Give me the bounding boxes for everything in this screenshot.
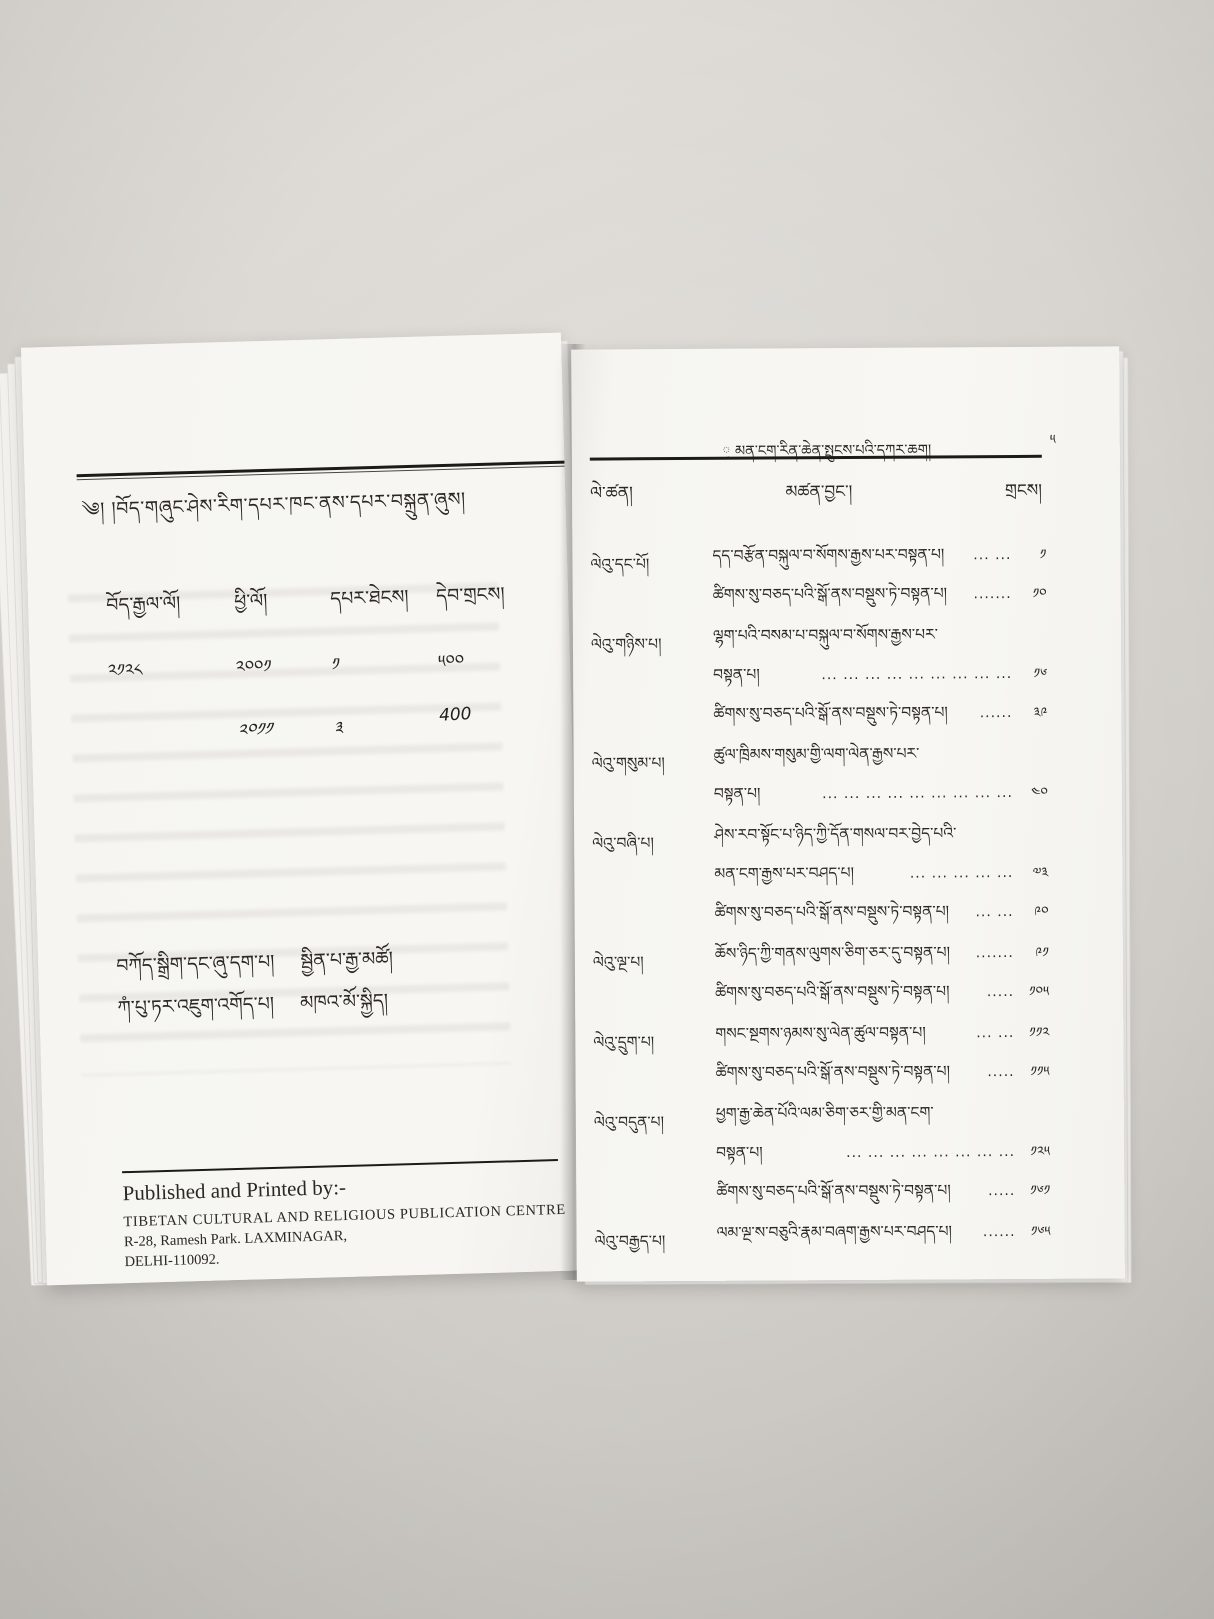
page-number: ༥: [1050, 425, 1056, 462]
toc-page-number: ༡༠༥: [1019, 973, 1049, 1012]
cell-tibetan-year: [108, 700, 239, 764]
toc-line-text: ཚིགས་སུ་བཅད་པའི་སྒོ་ནས་བསྡུས་ཏེ་བསྟན་པ།: [715, 972, 950, 1012]
col-header-copies: དེབ་གྲངས།: [435, 571, 536, 628]
dot-leader: ... ... ... ... ... ... ... ... ...: [814, 774, 1018, 814]
dot-leader: ... ...: [968, 1014, 1019, 1053]
col-title: མཚན་བྱང་།: [785, 472, 852, 520]
toc-page-number: ༡: [1016, 536, 1046, 575]
dot-leader: ......: [972, 694, 1018, 733]
dot-leader: ... ... ... ... ... ... ... ... ...: [813, 655, 1017, 695]
toc-line: ཚུལ་ཁྲིམས་གསུམ་གྱི་ལག་ལེན་རྒྱས་པར་: [714, 734, 1048, 775]
toc-page-number: ༡༡༢: [1019, 1014, 1049, 1053]
toc-line-text: ཚིགས་སུ་བཅད་པའི་སྒོ་ནས་བསྡུས་ཏེ་བསྟན་པ།: [714, 892, 949, 932]
toc-entry: ལེའུ་གསུམ་པ། ཚུལ་ཁྲིམས་གསུམ་གྱི་ལག་ལེན་ར…: [592, 734, 1048, 815]
dot-leader: ......: [975, 1213, 1021, 1252]
toc-entry-lines: དད་བརྩོན་བསྐུལ་བ་སོགས་རྒྱས་པར་བསྟན་པ། ..…: [712, 535, 1046, 615]
credit-role: ཀཾ་པུ་ཏར་འཇུག་འགོད་པ།: [117, 983, 275, 1029]
toc-line: གསང་སྔགས་ཉམས་སུ་ལེན་ཚུལ་བསྟན་པ། ... ... …: [715, 1013, 1049, 1054]
dot-leader: ... ... ... ... ... ... ... ...: [838, 1133, 1020, 1173]
col-page: གྲངས།: [1005, 471, 1042, 519]
toc-chapter-label: ལེའུ་བདུན་པ།: [594, 1095, 711, 1213]
cell-copies: 400: [438, 692, 541, 754]
toc-line: ཕྱག་རྒྱ་ཆེན་པོའི་ལམ་ཅིག་ཅར་གྱི་མན་ངག་: [716, 1093, 1050, 1134]
toc-line: ལྷག་པའི་བསམ་པ་བསྐུལ་བ་སོགས་རྒྱས་པར་: [713, 615, 1047, 656]
photo-of-open-book: { "left_page": { "title": "༄། །བོད་གཞུང་…: [0, 0, 1214, 1619]
open-book: ༄། །བོད་གཞུང་ཤེས་རིག་དཔར་ཁང་ནས་དཔར་བསྐྲུ…: [8, 318, 1138, 1328]
toc-entry-lines: ཕྱག་རྒྱ་ཆེན་པོའི་ལམ་ཅིག་ཅར་གྱི་མན་ངག་ བས…: [716, 1093, 1051, 1212]
toc-entry-lines: ཚུལ་ཁྲིམས་གསུམ་གྱི་ལག་ལེན་རྒྱས་པར་ བསྟན་…: [714, 734, 1048, 814]
printer-title: ༄། །བོད་གཞུང་ཤེས་རིག་དཔར་ཁང་ནས་དཔར་བསྐྲུ…: [81, 475, 552, 542]
toc-line: དད་བརྩོན་བསྐུལ་བ་སོགས་རྒྱས་པར་བསྟན་པ། ..…: [712, 535, 1046, 576]
toc-line: ཤེས་རབ་སྟོང་པ་ཉིད་ཀྱི་དོན་གསལ་བར་བྱེད་པའ…: [714, 814, 1048, 855]
toc-line: ཚིགས་སུ་བཅད་པའི་སྒོ་ནས་བསྡུས་ཏེ་བསྟན་པ། …: [713, 574, 1047, 615]
toc-chapter-label: ལེའུ་ལྔ་པ།: [593, 935, 709, 1014]
toc-line: བསྟན་པ། ... ... ... ... ... ... ... ... …: [714, 773, 1048, 814]
toc-page-number: ༡༠: [1017, 575, 1047, 614]
toc-entry: ལེའུ་དྲུག་པ། གསང་སྔགས་ཉམས་སུ་ལེན་ཚུལ་བསྟ…: [593, 1013, 1049, 1094]
dot-leader: ... ...: [965, 536, 1016, 575]
table-of-contents: ལེའུ་དང་པོ། དད་བརྩོན་བསྐུལ་བ་སོགས་རྒྱས་པ…: [590, 535, 1050, 1270]
cell-western-year: ༢༠༠༡: [235, 637, 333, 696]
toc-line-text: ལྷག་པའི་བསམ་པ་བསྐུལ་བ་སོགས་རྒྱས་པར་: [713, 615, 938, 655]
toc-line-text: ཚིགས་སུ་བཅད་པའི་སྒོ་ནས་བསྡུས་ཏེ་བསྟན་པ།: [713, 693, 948, 733]
publisher-lead: Published and Printed by:-: [122, 1169, 573, 1207]
toc-chapter-label: ལེའུ་བཞི་པ།: [592, 816, 709, 934]
toc-page-number: ༡༢༥: [1020, 1133, 1050, 1172]
toc-page-number: ༤༠: [1018, 774, 1048, 813]
toc-entry: ལེའུ་ལྔ་པ། ཆོས་ཉིད་ཀྱི་གནས་ལུགས་ཅིག་ཅར་ད…: [593, 933, 1049, 1014]
toc-line: མན་ངག་རྒྱས་པར་བཤད་པ། ... ... ... ... ...…: [714, 853, 1048, 894]
print-history-table: བོད་རྒྱལ་ལོ། ཕྱི་ལོ། དཔར་ཐེངས། དེབ་གྲངས།…: [106, 571, 541, 761]
credit-name: སྦྱིན་པ་རྒྱ་མཚོ།: [300, 938, 394, 983]
right-page: ༷ མན་ངག་རིན་ཆེན་སྤུངས་པའི་དཀར་ཆག། ༥ ལེ་ཚ…: [571, 346, 1125, 1281]
credits-block: བཀོད་སྒྲིག་དང་ཞུ་དག་པ། སྦྱིན་པ་རྒྱ་མཚོ། …: [116, 933, 548, 1029]
toc-entry-lines: ལམ་ལྔ་ས་བཅུའི་རྣམ་བཞག་རྒྱས་པར་བཤད་པ། ...…: [716, 1212, 1050, 1267]
toc-entry: ལེའུ་བདུན་པ། ཕྱག་རྒྱ་ཆེན་པོའི་ལམ་ཅིག་ཅར་…: [594, 1093, 1051, 1213]
toc-page-number: ༧༣: [1018, 854, 1048, 893]
toc-entry: ལེའུ་གཉིས་པ། ལྷག་པའི་བསམ་པ་བསྐུལ་བ་སོགས་…: [591, 615, 1048, 735]
credit-role: བཀོད་སྒྲིག་དང་ཞུ་དག་པ།: [116, 941, 275, 987]
toc-entry-lines: གསང་སྔགས་ཉམས་སུ་ལེན་ཚུལ་བསྟན་པ། ... ... …: [715, 1013, 1049, 1093]
dot-leader: .......: [968, 934, 1019, 973]
toc-line: བསྟན་པ། ... ... ... ... ... ... ... ... …: [713, 654, 1047, 695]
cell-western-year: ༢༠༡༡: [236, 698, 335, 760]
toc-line-text: ཚིགས་སུ་བཅད་པའི་སྒོ་ནས་བསྡུས་ཏེ་བསྟན་པ།: [715, 1052, 950, 1092]
title-rule: [77, 461, 565, 478]
toc-page-number: ༡༦༥: [1020, 1213, 1050, 1252]
toc-line-text: དད་བརྩོན་བསྐུལ་བ་སོགས་རྒྱས་པར་བསྟན་པ།: [712, 535, 944, 575]
toc-line-text: ཆོས་ཉིད་ཀྱི་གནས་ལུགས་ཅིག་ཅར་དུ་བསྟན་པ།: [715, 933, 950, 973]
dot-leader: ... ...: [967, 893, 1018, 932]
publisher-block: Published and Printed by:- TIBETAN CULTU…: [122, 1169, 574, 1272]
toc-entry: ལེའུ་བརྒྱད་པ། ལམ་ལྔ་ས་བཅུའི་རྣམ་བཞག་རྒྱས…: [594, 1212, 1050, 1268]
toc-line-text: བསྟན་པ།: [714, 775, 761, 814]
toc-line: ཆོས་ཉིད་ཀྱི་གནས་ལུགས་ཅིག་ཅར་དུ་བསྟན་པ། .…: [715, 933, 1049, 974]
toc-line-text: ཚིགས་སུ་བཅད་པའི་སྒོ་ནས་བསྡུས་ཏེ་བསྟན་པ།: [716, 1171, 951, 1211]
toc-page-number: ༡༦: [1017, 655, 1047, 694]
toc-page-number: ༣༩: [1017, 694, 1047, 733]
cell-copies: ༥༠༠: [437, 631, 539, 690]
cell-tibetan-year: ༢༡༢༨: [107, 640, 237, 700]
toc-entry-lines: ཤེས་རབ་སྟོང་པ་ཉིད་ཀྱི་དོན་གསལ་བར་བྱེད་པའ…: [714, 814, 1049, 933]
left-page: ༄། །བོད་གཞུང་ཤེས་རིག་དཔར་ཁང་ནས་དཔར་བསྐྲུ…: [21, 333, 587, 1286]
toc-line-text: ཚུལ་ཁྲིམས་གསུམ་གྱི་ལག་ལེན་རྒྱས་པར་: [714, 735, 920, 775]
toc-line-text: མན་ངག་རྒྱས་པར་བཤད་པ།: [714, 854, 854, 894]
toc-entry-lines: ཆོས་ཉིད་ཀྱི་གནས་ལུགས་ཅིག་ཅར་དུ་བསྟན་པ། .…: [715, 933, 1049, 1013]
col-header-tibetan-year: བོད་རྒྱལ་ལོ།: [106, 580, 235, 638]
col-header-western-year: ཕྱི་ལོ།: [234, 577, 331, 634]
toc-line: ཚིགས་སུ་བཅད་པའི་སྒོ་ནས་བསྡུས་ཏེ་བསྟན་པ། …: [715, 972, 1049, 1013]
toc-line-text: བསྟན་པ།: [716, 1134, 763, 1173]
dot-leader: .....: [979, 1053, 1020, 1092]
credit-name: མཁའ་མོ་སྐྱིད།: [300, 980, 389, 1024]
toc-chapter-label: ལེའུ་བརྒྱད་པ།: [594, 1214, 710, 1268]
toc-line: ཚིགས་སུ་བཅད་པའི་སྒོ་ནས་བསྡུས་ཏེ་བསྟན་པ། …: [713, 693, 1047, 734]
toc-line-text: ཤེས་རབ་སྟོང་པ་ཉིད་ཀྱི་དོན་གསལ་བར་བྱེད་པའ…: [714, 814, 956, 854]
toc-line: བསྟན་པ། ... ... ... ... ... ... ... ... …: [716, 1132, 1050, 1173]
toc-chapter-label: ལེའུ་དང་པོ།: [590, 537, 706, 616]
toc-line-text: བསྟན་པ།: [713, 656, 760, 695]
toc-entry: ལེའུ་དང་པོ། དད་བརྩོན་བསྐུལ་བ་སོགས་རྒྱས་པ…: [590, 535, 1046, 616]
dot-leader: .....: [979, 973, 1020, 1012]
toc-line-text: ཕྱག་རྒྱ་ཆེན་པོའི་ལམ་ཅིག་ཅར་གྱི་མན་ངག་: [716, 1093, 934, 1133]
dot-leader: .......: [965, 575, 1016, 614]
dot-leader: ... ... ... ... ...: [902, 854, 1019, 894]
toc-page-number: ༩༡: [1019, 934, 1049, 973]
cell-print-run: ༡: [331, 634, 439, 693]
toc-page-number: ༡༡༥: [1019, 1053, 1049, 1092]
toc-column-headers: ལེ་ཚན། མཚན་བྱང་། གྲངས།: [590, 471, 1042, 522]
toc-chapter-label: ལེའུ་གསུམ་པ།: [592, 736, 708, 815]
toc-entry: ལེའུ་བཞི་པ། ཤེས་རབ་སྟོང་པ་ཉིད་ཀྱི་དོན་གས…: [592, 814, 1049, 934]
toc-page-number: ༩༠: [1018, 893, 1048, 932]
cell-print-run: ༣: [332, 694, 441, 757]
toc-line-text: ཚིགས་སུ་བཅད་པའི་སྒོ་ནས་བསྡུས་ཏེ་བསྟན་པ།: [713, 574, 948, 614]
toc-line-text: ལམ་ལྔ་ས་བཅུའི་རྣམ་བཞག་རྒྱས་པར་བཤད་པ།: [716, 1212, 952, 1252]
toc-chapter-label: ལེའུ་གཉིས་པ།: [591, 617, 708, 735]
col-header-print-run: དཔར་ཐེངས།: [330, 574, 437, 631]
toc-line: ཚིགས་སུ་བཅད་པའི་སྒོ་ནས་བསྡུས་ཏེ་བསྟན་པ། …: [716, 1171, 1050, 1212]
toc-chapter-label: ལེའུ་དྲུག་པ།: [593, 1015, 709, 1094]
dot-leader: .....: [980, 1172, 1021, 1211]
toc-entry-lines: ལྷག་པའི་བསམ་པ་བསྐུལ་བ་སོགས་རྒྱས་པར་ བསྟན…: [713, 615, 1048, 734]
toc-line: ལམ་ལྔ་ས་བཅུའི་རྣམ་བཞག་རྒྱས་པར་བཤད་པ། ...…: [716, 1212, 1050, 1253]
toc-line: ཚིགས་སུ་བཅད་པའི་སྒོ་ནས་བསྡུས་ཏེ་བསྟན་པ། …: [715, 1052, 1049, 1093]
toc-line-text: གསང་སྔགས་ཉམས་སུ་ལེན་ཚུལ་བསྟན་པ།: [715, 1014, 926, 1054]
toc-line: ཚིགས་སུ་བཅད་པའི་སྒོ་ནས་བསྡུས་ཏེ་བསྟན་པ། …: [714, 892, 1048, 933]
col-chapter: ལེ་ཚན།: [590, 473, 633, 521]
toc-page-number: ༡༦༡: [1020, 1172, 1050, 1211]
